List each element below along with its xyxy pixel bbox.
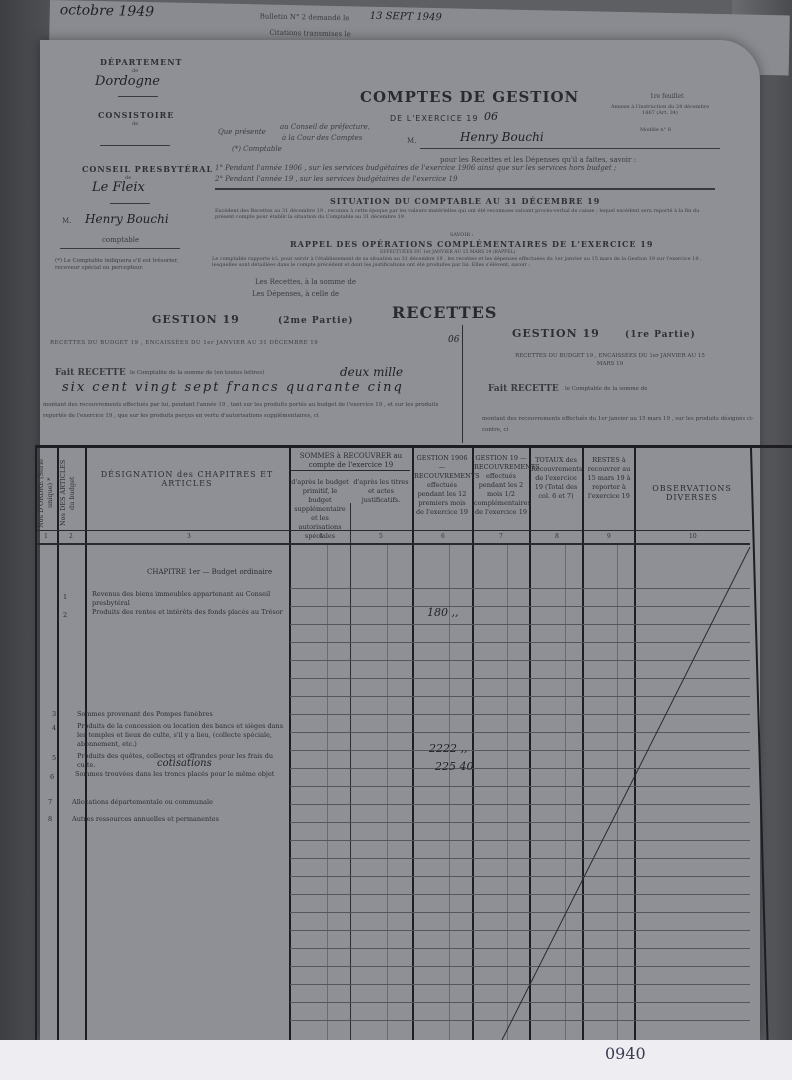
row-5-handwritten: cotisations: [157, 758, 212, 769]
row-5-col6-value: 2222 ,,: [429, 742, 467, 755]
amount-words-2: six cent vingt sept francs quarante cinq: [62, 380, 404, 395]
conseil-label: CONSEIL PRESBYTÉRAL: [82, 164, 213, 174]
montant-left: montant des recouvrements effectués par …: [43, 400, 463, 422]
recettes-left-subtitle: RECETTES DU BUDGET 19 , ENCAISSÉES DU 1e…: [50, 340, 318, 346]
somme-label-left: le Comptable de la somme de (en toutes l…: [130, 370, 264, 376]
rappel-depenses-line: Les Dépenses, à celle de: [252, 290, 339, 298]
table-row-label: Produits de la concession ou location de…: [77, 722, 287, 749]
row-number: 6: [50, 773, 54, 782]
exercice-label: DE L'EXERCICE 19: [390, 114, 478, 123]
comptable-label: comptable: [102, 236, 139, 244]
montant-right: montant des recouvrements effectués du 1…: [482, 414, 762, 436]
pendant-annee-1: 1° Pendant l'année 1906 , sur les servic…: [215, 164, 616, 172]
partie-right: (1re Partie): [625, 330, 696, 340]
consistoire-label: CONSISTOIRE: [98, 110, 174, 120]
rappel-recettes-line: Les Recettes, à la somme de: [255, 278, 356, 286]
m-prefix: M.: [62, 217, 71, 225]
feuillet: 1re feuillet: [650, 93, 684, 100]
partie-left: (2me Partie): [278, 316, 354, 326]
col-num: 10: [689, 533, 697, 540]
somme-label-right: le Comptable de la somme de: [565, 386, 647, 392]
chapter-title: CHAPITRE 1er — Budget ordinaire: [147, 568, 272, 577]
col-num: 1: [44, 533, 48, 540]
comptable-name: Henry Bouchi: [85, 212, 169, 226]
table-row-label: Produits des rentes et intérêts des fond…: [92, 608, 287, 617]
rappel-title: RAPPEL DES OPÉRATIONS COMPLÉMENTAIRES DE…: [290, 239, 653, 249]
col-header-7: GESTION 19 — RECOUVREMENTS effectués pen…: [474, 454, 528, 517]
col-header-9: RESTES à recouvrer au 15 mars 19 à repor…: [584, 456, 634, 501]
table-row-label: Autres ressources annuelles et permanent…: [72, 815, 282, 824]
col-num: 9: [607, 533, 611, 540]
page-number: 0940: [605, 1044, 646, 1063]
row-number: 3: [52, 710, 56, 719]
row-6-col6-value: 225 40: [435, 760, 474, 773]
presente-option-1: au Conseil de préfecture,: [280, 123, 370, 131]
fait-recette-left: Fait RECETTE: [55, 368, 126, 378]
col-header-5: d'après les titres et actes justificatif…: [352, 478, 410, 505]
recettes-title: RECETTES: [392, 303, 497, 322]
rappel-body: Le comptable rapporte ici, pour servir à…: [212, 256, 722, 268]
col-num: 5: [379, 533, 383, 540]
slip-citations: Citations transmises le: [269, 29, 351, 39]
pendant-annee-2: 2° Pendant l'année 19 , sur les services…: [215, 175, 457, 183]
departement-value: Dordogne: [95, 74, 160, 89]
col-num: 4: [319, 533, 323, 540]
departement-label: DÉPARTEMENT: [100, 57, 182, 67]
fait-recette-right: Fait RECETTE: [488, 384, 559, 394]
rappel-subtitle: EFFECTUÉES DU 1er JANVIER AU 15 MARS 19 …: [380, 250, 515, 255]
table-row-label: Sommes provenant des Pompes funèbres: [77, 710, 287, 719]
modele: Modèle n° 8: [640, 127, 671, 133]
gestion-left: GESTION 19: [152, 313, 240, 326]
col-header-10: OBSERVATIONS DIVERSES: [637, 484, 747, 502]
annexe-note: Annexe à l'instruction du 24 décembre 18…: [610, 104, 710, 116]
row-number: 4: [52, 724, 56, 733]
col-header-2: Nos DES ARTICLES du budget: [59, 458, 83, 528]
table-row-label: Sommes trouvées dans les troncs placés p…: [75, 770, 285, 779]
de-label: de: [132, 121, 138, 127]
conseil-value: Le Fleix: [92, 180, 145, 195]
col-num: 3: [187, 533, 191, 540]
col-header-1: Nos D'ORDRE (Série unique) *: [37, 458, 57, 528]
recettes-table: Nos D'ORDRE (Série unique) * Nos DES ART…: [35, 445, 792, 1043]
row-number: 5: [52, 754, 56, 763]
gestion-right: GESTION 19: [512, 327, 600, 340]
col-header-4: d'après le budget primitif, le budget su…: [291, 478, 349, 541]
diagonal-strike: [497, 545, 757, 1043]
savoir-label: SAVOIR :: [450, 232, 473, 238]
comptable-name-header: Henry Bouchi: [460, 130, 544, 144]
row-number: 8: [48, 815, 52, 824]
row-number: 1: [63, 593, 67, 602]
slip-stamp: 13 SEPT 1949: [370, 11, 442, 24]
exercice-value: 06: [484, 110, 498, 123]
recettes-right-subtitle: RECETTES DU BUDGET 19 , ENCAISSÉES DU 1e…: [510, 352, 710, 368]
situation-body: Excédent des Recettes au 31 décembre 19 …: [215, 208, 715, 220]
table-row-label: Revenus des biens immeubles appartenant …: [92, 590, 287, 608]
col-num: 2: [69, 533, 73, 540]
col-num: 6: [441, 533, 445, 540]
scan-margin: 0940: [0, 1040, 792, 1080]
row-number: 7: [48, 798, 52, 807]
presente-option-2: à la Cour des Comptes: [282, 134, 362, 142]
row-number: 2: [63, 611, 67, 620]
col-num: 8: [555, 533, 559, 540]
slip-bulletin: Bulletin N° 2 demandé le: [260, 12, 350, 22]
col-num: 7: [499, 533, 503, 540]
footnote: (*) Le Comptable indiquera s'il est trés…: [55, 258, 185, 272]
col-group-header: SOMMES à RECOUVRER au compte de l'exerci…: [291, 452, 411, 470]
m-prefix: M.: [407, 137, 416, 145]
row-2-col6-value: 180 ,,: [427, 606, 459, 619]
recettes-left-year: 06: [448, 335, 459, 345]
page-title: COMPTES DE GESTION: [360, 88, 579, 106]
situation-title: SITUATION DU COMPTABLE AU 31 DÉCEMBRE 19: [330, 196, 600, 206]
slip-date: octobre 1949: [60, 2, 155, 20]
table-row-label: Allocations départementale ou communale: [72, 798, 282, 807]
col-header-6: GESTION 1906 — RECOUVREMENTS effectués p…: [414, 454, 470, 517]
presente-label: Que présente: [218, 128, 266, 136]
recettes-depenses-line: pour les Recettes et les Dépenses qu'il …: [440, 156, 636, 164]
col-header-3: DÉSIGNATION des CHAPITRES ET ARTICLES: [97, 470, 277, 488]
col-header-8: TOTAUX des Recouvrements de l'exercice 1…: [531, 456, 581, 501]
amount-words-1: deux mille: [340, 365, 403, 379]
comptable-type-label: (*) Comptable: [232, 145, 282, 153]
